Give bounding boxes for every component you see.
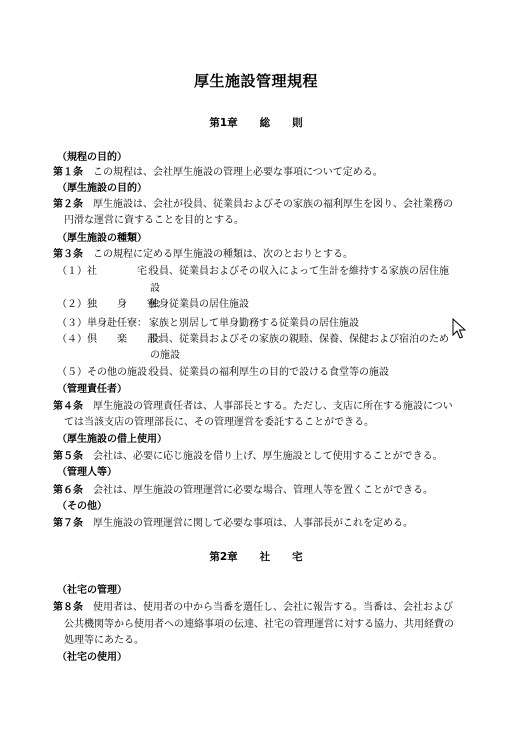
article-2: 第２条厚生施設は、会社が役員、従業員およびその家族の福利厚生を図り、会社業務の [53,198,453,211]
list-item: （２）独 身 寮：独身従業員の居住施設 [57,298,249,311]
article-text: 使用者は、使用者の中から当番を選任し、会社に報告する。当番は、会社および [93,602,453,613]
section-heading: （管理責任者） [57,383,127,396]
list-item: （４）倶 楽 部：役員、従業員およびその家族の親睦、保養、保健および宿泊のため [57,333,449,346]
article-5: 第５条会社は、必要に応じ施設を借り上げ、厚生施設として使用することができる。 [53,450,443,463]
article-8-continuation: 処理等にあたる。 [64,634,144,647]
section-heading: （社宅の使用） [57,651,127,664]
article-text: 厚生施設の管理責任者は、人事部長とする。ただし、支店に所在する施設につい [93,401,453,412]
list-item: （３）単身赴任寮：家族と別居して単身勤務する従業員の居住施設 [57,317,359,330]
article-number: 第５条 [53,450,93,463]
section-heading: （厚生施設の借上使用） [57,433,167,446]
article-6: 第６条会社は、厚生施設の管理運営に必要な場合、管理人等を置くことができる。 [53,484,433,497]
section-heading: （規程の目的） [57,151,127,164]
item-text: 家族と別居して単身勤務する従業員の居住施設 [149,318,359,329]
chapter-name-part: 社 [260,551,271,563]
article-8: 第８条使用者は、使用者の中から当番を選任し、会社に報告する。当番は、会社および [53,601,453,614]
article-4-continuation: ては当該支店の管理部長に、その管理運営を委託することができる。 [64,416,374,429]
section-heading: （その他） [57,500,107,513]
article-3: 第３条この規程に定める厚生施設の種類は、次のとおりとする。 [53,248,353,261]
article-text: この規程は、会社厚生施設の管理上必要な事項について定める。 [93,167,383,178]
list-item-continuation: の施設 [150,349,180,362]
article-number: 第８条 [53,601,93,614]
chapter-name-part: 総 [260,117,271,129]
article-text: 会社は、必要に応じ施設を借り上げ、厚生施設として使用することができる。 [93,451,443,462]
article-text: 厚生施設の管理運営に関して必要な事項は、人事部長がこれを定める。 [93,518,413,529]
item-text: 独身従業員の居住施設 [149,299,249,310]
list-item: （１）社 宅：役員、従業員およびその収入によって生計を維持する家族の居住施 [57,265,449,278]
article-1: 第１条この規程は、会社厚生施設の管理上必要な事項について定める。 [53,166,383,179]
section-heading: （厚生施設の目的） [57,182,147,195]
article-8-continuation: 公共機関等から使用者への連絡事項の伝達、社宅の管理運営に対する協力、共用経費の [64,618,454,631]
article-number: 第４条 [53,400,93,413]
article-text: この規程に定める厚生施設の種類は、次のとおりとする。 [93,249,353,260]
chapter-name-part: 則 [292,117,303,129]
item-label: （１）社 宅： [57,265,149,278]
mouse-pointer-icon [452,318,468,340]
item-label: （４）倶 楽 部： [57,333,149,346]
article-number: 第３条 [53,248,93,261]
list-item-continuation: 設 [150,282,160,295]
section-heading: （厚生施設の種類） [57,232,147,245]
section-heading: （管理人等） [57,466,117,479]
article-2-continuation: 円滑な運営に資することを目的とする。 [64,214,244,227]
chapter-label: 第1章 [209,117,237,129]
item-text: 役員、従業員およびその収入によって生計を維持する家族の居住施 [149,266,449,277]
chapter-name-part: 宅 [292,551,303,563]
item-text: 役員、従業員の福利厚生の目的で設ける食堂等の施設 [149,367,389,378]
chapter-label: 第2章 [209,551,237,563]
item-label: （３）単身赴任寮： [57,317,149,330]
article-number: 第７条 [53,517,93,530]
list-item: （５）その他の施設：役員、従業員の福利厚生の目的で設ける食堂等の施設 [57,366,389,379]
article-number: 第１条 [53,166,93,179]
item-label: （５）その他の施設： [57,366,149,379]
article-text: 厚生施設は、会社が役員、従業員およびその家族の福利厚生を図り、会社業務の [93,199,453,210]
article-number: 第６条 [53,484,93,497]
item-label: （２）独 身 寮： [57,298,149,311]
document-title: 厚生施設管理規程 [0,70,512,91]
article-4: 第４条厚生施設の管理責任者は、人事部長とする。ただし、支店に所在する施設につい [53,400,453,413]
item-text: 役員、従業員およびその家族の親睦、保養、保健および宿泊のため [149,334,449,345]
document-page: 厚生施設管理規程 第1章総則 （規程の目的） 第１条この規程は、会社厚生施設の管… [0,0,512,737]
article-number: 第２条 [53,198,93,211]
chapter-heading-1: 第1章総則 [0,115,512,130]
section-heading: （社宅の管理） [57,584,127,597]
article-7: 第７条厚生施設の管理運営に関して必要な事項は、人事部長がこれを定める。 [53,517,413,530]
article-text: 会社は、厚生施設の管理運営に必要な場合、管理人等を置くことができる。 [93,485,433,496]
chapter-heading-2: 第2章社宅 [0,549,512,564]
